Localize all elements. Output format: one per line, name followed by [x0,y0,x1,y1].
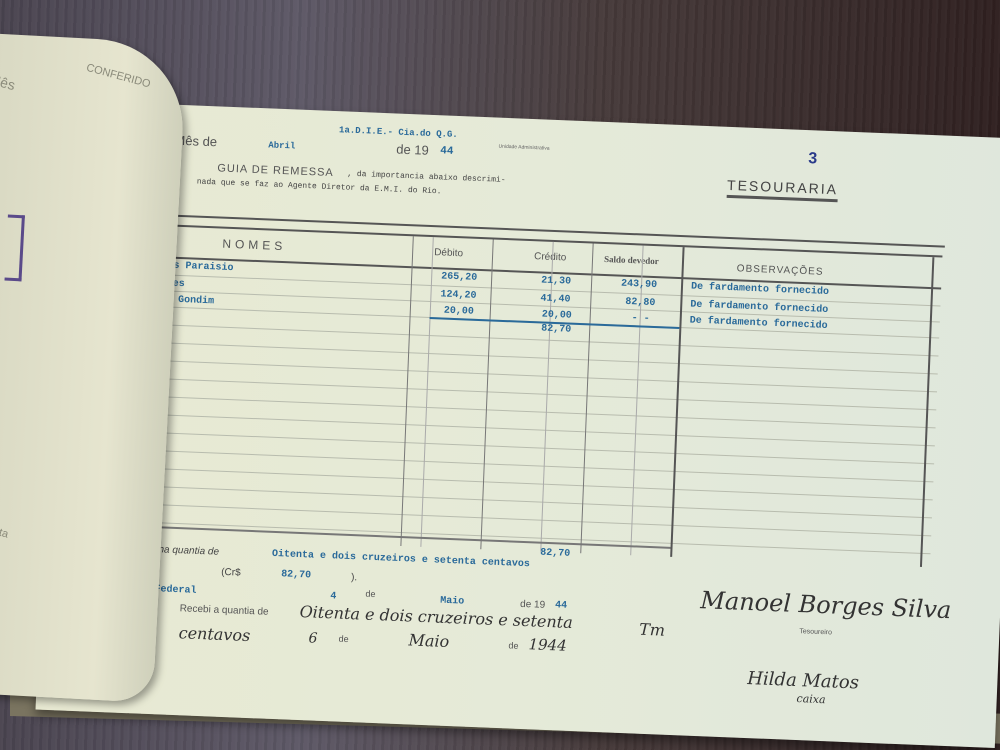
unit-caption: Unidade Administrativa [498,144,549,152]
treasurer-signature: Manoel Borges Silva [700,586,952,624]
left-page-header: CONFERIDO [85,62,152,91]
guia-title: GUIA DE REMESSA [217,162,334,179]
row-2-debit: 124,20 [440,289,476,301]
year-label: de 19 [396,142,429,158]
month-value: Abril [268,140,295,151]
crs-close: ). [351,572,358,583]
year-label: de 19 [520,599,545,611]
header-credit: Crédito [534,251,567,263]
header-names: NOMES [222,237,287,254]
row-2-balance: 82,80 [625,297,655,309]
year-suffix: 44 [555,600,567,611]
cashier-role: caixa [796,692,825,706]
left-page-note: Mês [0,71,17,93]
header-balance: Saldo devedor [604,254,659,266]
received-year-label: de [508,640,518,650]
soma-value: 82,70 [540,548,570,560]
amount-in-words: Oitenta e dois cruzeiros e setenta centa… [272,549,530,570]
treasurer-role: Tesoureiro [799,628,832,636]
crs-label: (Cr$ [221,567,241,579]
received-month: Maio [408,630,449,651]
row-2-credit: 41,40 [540,293,570,305]
left-page-bottom: Importa [0,519,10,540]
ledger-page: CONFERIDO Idduell Oficial Adm. 1a.D.I.E.… [36,100,1000,748]
row-1-balance: 243,90 [621,279,657,291]
header-observations: OBSERVAÇÕES [737,263,824,277]
row-3-credit: 20,00 [542,310,572,322]
row-3-balance: - - [631,313,649,325]
received-label: Recebi a quantia de [179,603,268,618]
row-1-credit: 21,30 [541,275,571,287]
received-year: 1944 [528,635,567,655]
day: 4 [330,591,336,602]
cashier-signature: Hilda Matos [747,668,859,693]
page-number: 3 [808,150,818,168]
unit-name: 1a.D.I.E.- Cia.do Q.G. [339,125,458,140]
received-day: 6 [308,630,318,646]
row-3-debit: 20,00 [444,306,474,318]
row-1-debit: 265,20 [441,271,477,283]
credit-total: 82,70 [541,324,571,336]
month: Maio [440,596,464,608]
description-line1: , da importancia abaixo descrimi- [347,170,506,185]
de-label: de [365,589,375,599]
tesouraria-label: TESOURARIA [727,177,839,202]
year-suffix: 44 [440,145,454,158]
header-debit: Débito [434,247,463,259]
purple-stamp [4,215,24,282]
received-de: de [338,634,348,644]
received-annotation: Tm [639,620,666,640]
received-words-2: centavos [178,623,250,645]
ledger-table: NOMES Débito Crédito Saldo devedor OBSER… [71,221,943,567]
crs-value: 82,70 [281,569,311,581]
